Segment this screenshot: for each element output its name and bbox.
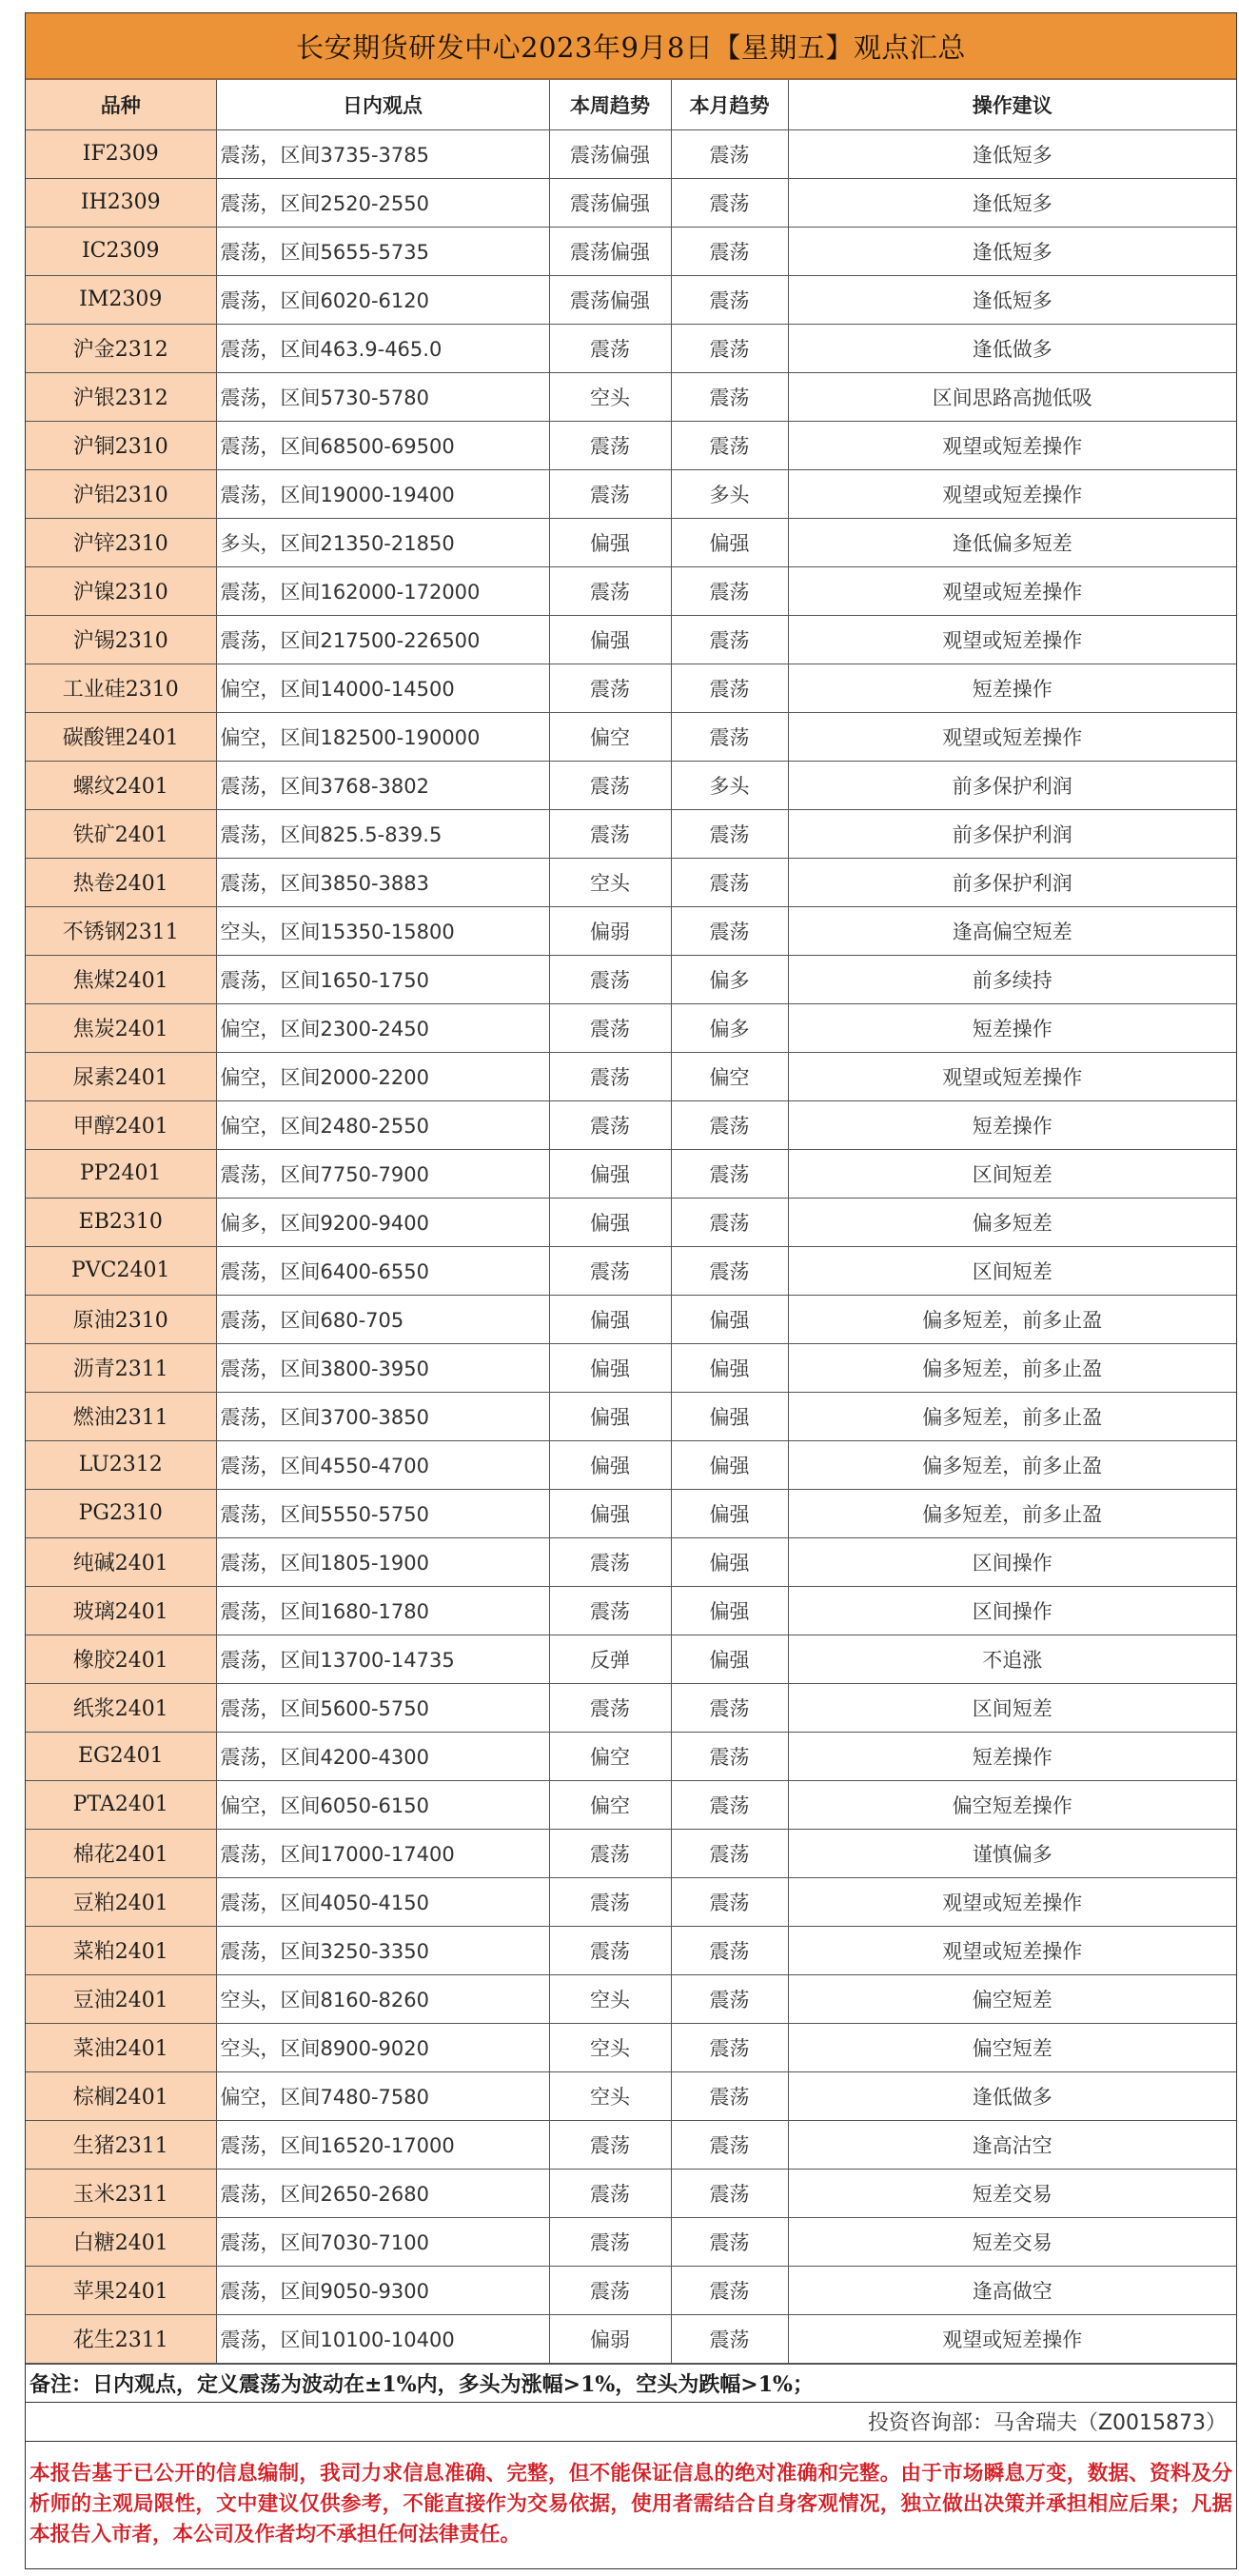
month-trend-cell: 震荡 bbox=[671, 712, 788, 761]
intraday-view-cell: 震荡，区间3768-3802 bbox=[216, 761, 549, 809]
intraday-view-cell: 震荡，区间5655-5735 bbox=[216, 227, 549, 275]
table-row: 豆粕2401震荡，区间4050-4150震荡震荡观望或短差操作 bbox=[26, 1877, 1236, 1926]
week-trend-cell: 震荡 bbox=[549, 2266, 671, 2314]
variety-cell: EG2401 bbox=[26, 1732, 216, 1780]
variety-cell: 沪镍2310 bbox=[26, 566, 216, 615]
header-advice: 操作建议 bbox=[788, 80, 1236, 129]
month-trend-cell: 震荡 bbox=[671, 1926, 788, 1974]
table-row: 生猪2311震荡，区间16520-17000震荡震荡逢高沽空 bbox=[26, 2120, 1236, 2169]
advice-cell: 观望或短差操作 bbox=[788, 421, 1236, 469]
intraday-view-cell: 震荡，区间2650-2680 bbox=[216, 2169, 549, 2217]
intraday-view-cell: 震荡，区间1805-1900 bbox=[216, 1537, 549, 1586]
variety-cell: IH2309 bbox=[26, 178, 216, 227]
intraday-view-cell: 震荡，区间4050-4150 bbox=[216, 1877, 549, 1926]
table-row: 尿素2401偏空，区间2000-2200震荡偏空观望或短差操作 bbox=[26, 1052, 1236, 1100]
variety-cell: IC2309 bbox=[26, 227, 216, 275]
week-trend-cell: 空头 bbox=[549, 858, 671, 906]
table-row: 沪锌2310多头，区间21350-21850偏强偏强逢低偏多短差 bbox=[26, 518, 1236, 566]
month-trend-cell: 偏强 bbox=[671, 1392, 788, 1440]
advice-cell: 逢低短多 bbox=[788, 178, 1236, 227]
intraday-view-cell: 震荡，区间1680-1780 bbox=[216, 1586, 549, 1635]
advice-cell: 逢低做多 bbox=[788, 324, 1236, 372]
week-trend-cell: 震荡偏强 bbox=[549, 129, 671, 178]
advice-cell: 观望或短差操作 bbox=[788, 469, 1236, 518]
week-trend-cell: 偏强 bbox=[549, 1392, 671, 1440]
advice-cell: 逢低偏多短差 bbox=[788, 518, 1236, 566]
variety-cell: PTA2401 bbox=[26, 1780, 216, 1829]
advice-cell: 逢高偏空短差 bbox=[788, 906, 1236, 955]
advice-cell: 前多保护利润 bbox=[788, 809, 1236, 858]
week-trend-cell: 震荡 bbox=[549, 1877, 671, 1926]
week-trend-cell: 震荡 bbox=[549, 955, 671, 1003]
week-trend-cell: 震荡偏强 bbox=[549, 227, 671, 275]
week-trend-cell: 震荡 bbox=[549, 2120, 671, 2169]
advice-cell: 短差操作 bbox=[788, 664, 1236, 712]
month-trend-cell: 偏强 bbox=[671, 1440, 788, 1489]
advice-cell: 观望或短差操作 bbox=[788, 1877, 1236, 1926]
month-trend-cell: 震荡 bbox=[671, 2217, 788, 2266]
advice-cell: 区间短差 bbox=[788, 1683, 1236, 1732]
advice-cell: 区间操作 bbox=[788, 1537, 1236, 1586]
month-trend-cell: 震荡 bbox=[671, 2314, 788, 2363]
week-trend-cell: 震荡 bbox=[549, 469, 671, 518]
intraday-view-cell: 震荡，区间9050-9300 bbox=[216, 2266, 549, 2314]
intraday-view-cell: 震荡，区间19000-19400 bbox=[216, 469, 549, 518]
week-trend-cell: 震荡 bbox=[549, 1537, 671, 1586]
week-trend-cell: 震荡 bbox=[549, 1586, 671, 1635]
remark-note: 备注：日内观点，定义震荡为波动在±1%内，多头为涨幅>1%，空头为跌幅>1%； bbox=[26, 2364, 1236, 2402]
variety-cell: 沥青2311 bbox=[26, 1343, 216, 1392]
month-trend-cell: 震荡 bbox=[671, 858, 788, 906]
header-intraday: 日内观点 bbox=[216, 80, 549, 129]
month-trend-cell: 偏强 bbox=[671, 1635, 788, 1683]
table-row: 甲醇2401偏空，区间2480-2550震荡震荡短差操作 bbox=[26, 1100, 1236, 1149]
table-row: 苹果2401震荡，区间9050-9300震荡震荡逢高做空 bbox=[26, 2266, 1236, 2314]
month-trend-cell: 震荡 bbox=[671, 1877, 788, 1926]
week-trend-cell: 偏强 bbox=[549, 1440, 671, 1489]
table-row: EG2401震荡，区间4200-4300偏空震荡短差操作 bbox=[26, 1732, 1236, 1780]
month-trend-cell: 偏强 bbox=[671, 1586, 788, 1635]
table-row: 不锈钢2311空头，区间15350-15800偏弱震荡逢高偏空短差 bbox=[26, 906, 1236, 955]
intraday-view-cell: 震荡，区间7030-7100 bbox=[216, 2217, 549, 2266]
intraday-view-cell: 震荡，区间6400-6550 bbox=[216, 1246, 549, 1295]
week-trend-cell: 震荡 bbox=[549, 2169, 671, 2217]
table-row: 沪镍2310震荡，区间162000-172000震荡震荡观望或短差操作 bbox=[26, 566, 1236, 615]
intraday-view-cell: 震荡，区间162000-172000 bbox=[216, 566, 549, 615]
intraday-view-cell: 偏多，区间9200-9400 bbox=[216, 1198, 549, 1246]
month-trend-cell: 偏强 bbox=[671, 1343, 788, 1392]
table-row: 纸浆2401震荡，区间5600-5750震荡震荡区间短差 bbox=[26, 1683, 1236, 1732]
week-trend-cell: 空头 bbox=[549, 372, 671, 421]
advice-cell: 短差交易 bbox=[788, 2169, 1236, 2217]
variety-cell: LU2312 bbox=[26, 1440, 216, 1489]
table-row: 花生2311震荡，区间10100-10400偏弱震荡观望或短差操作 bbox=[26, 2314, 1236, 2363]
intraday-view-cell: 偏空，区间7480-7580 bbox=[216, 2071, 549, 2120]
month-trend-cell: 偏强 bbox=[671, 1295, 788, 1343]
week-trend-cell: 震荡偏强 bbox=[549, 178, 671, 227]
table-row: 沪银2312震荡，区间5730-5780空头震荡区间思路高抛低吸 bbox=[26, 372, 1236, 421]
variety-cell: 沪银2312 bbox=[26, 372, 216, 421]
week-trend-cell: 偏强 bbox=[549, 1149, 671, 1198]
intraday-view-cell: 震荡，区间1650-1750 bbox=[216, 955, 549, 1003]
advice-cell: 短差操作 bbox=[788, 1732, 1236, 1780]
month-trend-cell: 震荡 bbox=[671, 809, 788, 858]
advice-cell: 不追涨 bbox=[788, 1635, 1236, 1683]
intraday-view-cell: 偏空，区间182500-190000 bbox=[216, 712, 549, 761]
intraday-view-cell: 震荡，区间3700-3850 bbox=[216, 1392, 549, 1440]
variety-cell: 橡胶2401 bbox=[26, 1635, 216, 1683]
variety-cell: 生猪2311 bbox=[26, 2120, 216, 2169]
month-trend-cell: 震荡 bbox=[671, 324, 788, 372]
intraday-view-cell: 偏空，区间2480-2550 bbox=[216, 1100, 549, 1149]
month-trend-cell: 震荡 bbox=[671, 2169, 788, 2217]
variety-cell: PG2310 bbox=[26, 1489, 216, 1537]
table-row: 菜粕2401震荡，区间3250-3350震荡震荡观望或短差操作 bbox=[26, 1926, 1236, 1974]
week-trend-cell: 偏强 bbox=[549, 1489, 671, 1537]
month-trend-cell: 震荡 bbox=[671, 1974, 788, 2023]
month-trend-cell: 震荡 bbox=[671, 129, 788, 178]
variety-cell: 尿素2401 bbox=[26, 1052, 216, 1100]
month-trend-cell: 震荡 bbox=[671, 1732, 788, 1780]
variety-cell: 玻璃2401 bbox=[26, 1586, 216, 1635]
week-trend-cell: 偏弱 bbox=[549, 2314, 671, 2363]
table-row: 橡胶2401震荡，区间13700-14735反弹偏强不追涨 bbox=[26, 1635, 1236, 1683]
advice-cell: 观望或短差操作 bbox=[788, 566, 1236, 615]
week-trend-cell: 偏强 bbox=[549, 1198, 671, 1246]
month-trend-cell: 震荡 bbox=[671, 178, 788, 227]
week-trend-cell: 偏空 bbox=[549, 1780, 671, 1829]
table-row: 玻璃2401震荡，区间1680-1780震荡偏强区间操作 bbox=[26, 1586, 1236, 1635]
table-row: 沪金2312震荡，区间463.9-465.0震荡震荡逢低做多 bbox=[26, 324, 1236, 372]
variety-cell: 燃油2311 bbox=[26, 1392, 216, 1440]
variety-cell: 菜粕2401 bbox=[26, 1926, 216, 1974]
intraday-view-cell: 震荡，区间4550-4700 bbox=[216, 1440, 549, 1489]
views-table: 品种 日内观点 本周趋势 本月趋势 操作建议 IF2309震荡，区间3735-3… bbox=[26, 80, 1236, 2364]
variety-cell: 碳酸锂2401 bbox=[26, 712, 216, 761]
table-row: 原油2310震荡，区间680-705偏强偏强偏多短差，前多止盈 bbox=[26, 1295, 1236, 1343]
header-variety: 品种 bbox=[26, 80, 216, 129]
table-row: 焦煤2401震荡，区间1650-1750震荡偏多前多续持 bbox=[26, 955, 1236, 1003]
variety-cell: 甲醇2401 bbox=[26, 1100, 216, 1149]
week-trend-cell: 震荡 bbox=[549, 2217, 671, 2266]
table-row: 玉米2311震荡，区间2650-2680震荡震荡短差交易 bbox=[26, 2169, 1236, 2217]
intraday-view-cell: 震荡，区间3800-3950 bbox=[216, 1343, 549, 1392]
advice-cell: 偏多短差，前多止盈 bbox=[788, 1440, 1236, 1489]
month-trend-cell: 震荡 bbox=[671, 2071, 788, 2120]
week-trend-cell: 震荡 bbox=[549, 421, 671, 469]
advice-cell: 观望或短差操作 bbox=[788, 712, 1236, 761]
variety-cell: EB2310 bbox=[26, 1198, 216, 1246]
intraday-view-cell: 震荡，区间5600-5750 bbox=[216, 1683, 549, 1732]
advice-cell: 谨慎偏多 bbox=[788, 1829, 1236, 1877]
month-trend-cell: 震荡 bbox=[671, 1100, 788, 1149]
advice-cell: 短差交易 bbox=[788, 2217, 1236, 2266]
intraday-view-cell: 震荡，区间68500-69500 bbox=[216, 421, 549, 469]
week-trend-cell: 偏强 bbox=[549, 615, 671, 664]
table-row: 纯碱2401震荡，区间1805-1900震荡偏强区间操作 bbox=[26, 1537, 1236, 1586]
table-row: 工业硅2310偏空，区间14000-14500震荡震荡短差操作 bbox=[26, 664, 1236, 712]
intraday-view-cell: 空头，区间15350-15800 bbox=[216, 906, 549, 955]
week-trend-cell: 空头 bbox=[549, 2071, 671, 2120]
table-row: 棕榈2401偏空，区间7480-7580空头震荡逢低做多 bbox=[26, 2071, 1236, 2120]
intraday-view-cell: 震荡，区间3850-3883 bbox=[216, 858, 549, 906]
week-trend-cell: 震荡 bbox=[549, 324, 671, 372]
intraday-view-cell: 空头，区间8160-8260 bbox=[216, 1974, 549, 2023]
variety-cell: 棉花2401 bbox=[26, 1829, 216, 1877]
variety-cell: IM2309 bbox=[26, 275, 216, 324]
intraday-view-cell: 震荡，区间5550-5750 bbox=[216, 1489, 549, 1537]
variety-cell: PVC2401 bbox=[26, 1246, 216, 1295]
variety-cell: 焦炭2401 bbox=[26, 1003, 216, 1052]
advice-cell: 偏多短差 bbox=[788, 1198, 1236, 1246]
variety-cell: 沪锌2310 bbox=[26, 518, 216, 566]
variety-cell: 螺纹2401 bbox=[26, 761, 216, 809]
table-row: IF2309震荡，区间3735-3785震荡偏强震荡逢低短多 bbox=[26, 129, 1236, 178]
variety-cell: 工业硅2310 bbox=[26, 664, 216, 712]
variety-cell: 沪金2312 bbox=[26, 324, 216, 372]
intraday-view-cell: 偏空，区间2000-2200 bbox=[216, 1052, 549, 1100]
table-row: 焦炭2401偏空，区间2300-2450震荡偏多短差操作 bbox=[26, 1003, 1236, 1052]
table-row: 热卷2401震荡，区间3850-3883空头震荡前多保护利润 bbox=[26, 858, 1236, 906]
advice-cell: 区间思路高抛低吸 bbox=[788, 372, 1236, 421]
week-trend-cell: 空头 bbox=[549, 2023, 671, 2071]
variety-cell: 原油2310 bbox=[26, 1295, 216, 1343]
week-trend-cell: 震荡 bbox=[549, 1052, 671, 1100]
intraday-view-cell: 震荡，区间5730-5780 bbox=[216, 372, 549, 421]
intraday-view-cell: 震荡，区间16520-17000 bbox=[216, 2120, 549, 2169]
intraday-view-cell: 震荡，区间13700-14735 bbox=[216, 1635, 549, 1683]
advice-cell: 区间短差 bbox=[788, 1246, 1236, 1295]
month-trend-cell: 震荡 bbox=[671, 421, 788, 469]
advice-cell: 逢高沽空 bbox=[788, 2120, 1236, 2169]
table-row: 铁矿2401震荡，区间825.5-839.5震荡震荡前多保护利润 bbox=[26, 809, 1236, 858]
variety-cell: 热卷2401 bbox=[26, 858, 216, 906]
week-trend-cell: 震荡 bbox=[549, 1100, 671, 1149]
month-trend-cell: 多头 bbox=[671, 761, 788, 809]
week-trend-cell: 震荡 bbox=[549, 1926, 671, 1974]
header-month-trend: 本月趋势 bbox=[671, 80, 788, 129]
month-trend-cell: 震荡 bbox=[671, 1246, 788, 1295]
intraday-view-cell: 震荡，区间4200-4300 bbox=[216, 1732, 549, 1780]
intraday-view-cell: 空头，区间8900-9020 bbox=[216, 2023, 549, 2071]
advice-cell: 逢低做多 bbox=[788, 2071, 1236, 2120]
advice-cell: 短差操作 bbox=[788, 1100, 1236, 1149]
week-trend-cell: 偏弱 bbox=[549, 906, 671, 955]
table-row: 白糖2401震荡，区间7030-7100震荡震荡短差交易 bbox=[26, 2217, 1236, 2266]
week-trend-cell: 震荡 bbox=[549, 1003, 671, 1052]
month-trend-cell: 震荡 bbox=[671, 1198, 788, 1246]
advice-cell: 逢高做空 bbox=[788, 2266, 1236, 2314]
advice-cell: 观望或短差操作 bbox=[788, 1052, 1236, 1100]
month-trend-cell: 震荡 bbox=[671, 566, 788, 615]
table-row: 沪锡2310震荡，区间217500-226500偏强震荡观望或短差操作 bbox=[26, 615, 1236, 664]
month-trend-cell: 偏强 bbox=[671, 1537, 788, 1586]
table-row: PVC2401震荡，区间6400-6550震荡震荡区间短差 bbox=[26, 1246, 1236, 1295]
week-trend-cell: 震荡 bbox=[549, 1246, 671, 1295]
advice-cell: 逢低短多 bbox=[788, 275, 1236, 324]
variety-cell: 玉米2311 bbox=[26, 2169, 216, 2217]
variety-cell: 苹果2401 bbox=[26, 2266, 216, 2314]
advice-cell: 逢低短多 bbox=[788, 227, 1236, 275]
advice-cell: 区间短差 bbox=[788, 1149, 1236, 1198]
week-trend-cell: 震荡偏强 bbox=[549, 275, 671, 324]
advice-cell: 偏多短差，前多止盈 bbox=[788, 1295, 1236, 1343]
month-trend-cell: 偏强 bbox=[671, 1489, 788, 1537]
intraday-view-cell: 震荡，区间217500-226500 bbox=[216, 615, 549, 664]
table-row: IH2309震荡，区间2520-2550震荡偏强震荡逢低短多 bbox=[26, 178, 1236, 227]
report-sheet: 长安期货研发中心2023年9月8日【星期五】观点汇总 品种 日内观点 本周趋势 … bbox=[25, 12, 1237, 2569]
week-trend-cell: 偏空 bbox=[549, 1732, 671, 1780]
intraday-view-cell: 震荡，区间2520-2550 bbox=[216, 178, 549, 227]
variety-cell: 菜油2401 bbox=[26, 2023, 216, 2071]
month-trend-cell: 震荡 bbox=[671, 1683, 788, 1732]
table-row: 沪铝2310震荡，区间19000-19400震荡多头观望或短差操作 bbox=[26, 469, 1236, 518]
advice-cell: 短差操作 bbox=[788, 1003, 1236, 1052]
week-trend-cell: 偏强 bbox=[549, 1295, 671, 1343]
table-row: 螺纹2401震荡，区间3768-3802震荡多头前多保护利润 bbox=[26, 761, 1236, 809]
intraday-view-cell: 偏空，区间14000-14500 bbox=[216, 664, 549, 712]
variety-cell: 沪铝2310 bbox=[26, 469, 216, 518]
week-trend-cell: 震荡 bbox=[549, 566, 671, 615]
intraday-view-cell: 震荡，区间3250-3350 bbox=[216, 1926, 549, 1974]
advice-cell: 偏多短差，前多止盈 bbox=[788, 1392, 1236, 1440]
week-trend-cell: 偏强 bbox=[549, 1343, 671, 1392]
intraday-view-cell: 震荡，区间6020-6120 bbox=[216, 275, 549, 324]
month-trend-cell: 偏多 bbox=[671, 955, 788, 1003]
week-trend-cell: 震荡 bbox=[549, 1683, 671, 1732]
month-trend-cell: 震荡 bbox=[671, 1780, 788, 1829]
table-row: IC2309震荡，区间5655-5735震荡偏强震荡逢低短多 bbox=[26, 227, 1236, 275]
advice-cell: 逢低短多 bbox=[788, 129, 1236, 178]
variety-cell: 白糖2401 bbox=[26, 2217, 216, 2266]
variety-cell: PP2401 bbox=[26, 1149, 216, 1198]
month-trend-cell: 偏多 bbox=[671, 1003, 788, 1052]
variety-cell: 铁矿2401 bbox=[26, 809, 216, 858]
table-row: PTA2401偏空，区间6050-6150偏空震荡偏空短差操作 bbox=[26, 1780, 1236, 1829]
month-trend-cell: 震荡 bbox=[671, 2120, 788, 2169]
advice-cell: 前多续持 bbox=[788, 955, 1236, 1003]
advice-cell: 观望或短差操作 bbox=[788, 2314, 1236, 2363]
intraday-view-cell: 偏空，区间2300-2450 bbox=[216, 1003, 549, 1052]
variety-cell: 不锈钢2311 bbox=[26, 906, 216, 955]
month-trend-cell: 震荡 bbox=[671, 2266, 788, 2314]
advice-cell: 偏空短差 bbox=[788, 1974, 1236, 2023]
intraday-view-cell: 多头，区间21350-21850 bbox=[216, 518, 549, 566]
week-trend-cell: 偏空 bbox=[549, 712, 671, 761]
advice-cell: 观望或短差操作 bbox=[788, 615, 1236, 664]
month-trend-cell: 震荡 bbox=[671, 664, 788, 712]
month-trend-cell: 震荡 bbox=[671, 275, 788, 324]
week-trend-cell: 反弹 bbox=[549, 1635, 671, 1683]
header-week-trend: 本周趋势 bbox=[549, 80, 671, 129]
advisor-credit: 投资咨询部：马舍瑞夫（Z0015873） bbox=[26, 2402, 1236, 2441]
month-trend-cell: 震荡 bbox=[671, 372, 788, 421]
table-row: PP2401震荡，区间7750-7900偏强震荡区间短差 bbox=[26, 1149, 1236, 1198]
week-trend-cell: 震荡 bbox=[549, 664, 671, 712]
week-trend-cell: 震荡 bbox=[549, 761, 671, 809]
month-trend-cell: 偏强 bbox=[671, 518, 788, 566]
table-row: EB2310偏多，区间9200-9400偏强震荡偏多短差 bbox=[26, 1198, 1236, 1246]
table-row: IM2309震荡，区间6020-6120震荡偏强震荡逢低短多 bbox=[26, 275, 1236, 324]
advice-cell: 前多保护利润 bbox=[788, 761, 1236, 809]
variety-cell: 沪锡2310 bbox=[26, 615, 216, 664]
month-trend-cell: 震荡 bbox=[671, 615, 788, 664]
week-trend-cell: 震荡 bbox=[549, 1829, 671, 1877]
week-trend-cell: 空头 bbox=[549, 1974, 671, 2023]
advice-cell: 偏多短差，前多止盈 bbox=[788, 1343, 1236, 1392]
advice-cell: 观望或短差操作 bbox=[788, 1926, 1236, 1974]
month-trend-cell: 震荡 bbox=[671, 2023, 788, 2071]
advice-cell: 偏多短差，前多止盈 bbox=[788, 1489, 1236, 1537]
intraday-view-cell: 偏空，区间6050-6150 bbox=[216, 1780, 549, 1829]
month-trend-cell: 偏空 bbox=[671, 1052, 788, 1100]
variety-cell: 棕榈2401 bbox=[26, 2071, 216, 2120]
table-row: 菜油2401空头，区间8900-9020空头震荡偏空短差 bbox=[26, 2023, 1236, 2071]
variety-cell: 焦煤2401 bbox=[26, 955, 216, 1003]
intraday-view-cell: 震荡，区间680-705 bbox=[216, 1295, 549, 1343]
table-row: 棉花2401震荡，区间17000-17400震荡震荡谨慎偏多 bbox=[26, 1829, 1236, 1877]
table-row: 沥青2311震荡，区间3800-3950偏强偏强偏多短差，前多止盈 bbox=[26, 1343, 1236, 1392]
week-trend-cell: 震荡 bbox=[549, 809, 671, 858]
disclaimer-text: 本报告基于已公开的信息编制，我司力求信息准确、完整，但不能保证信息的绝对准确和完… bbox=[26, 2441, 1236, 2568]
advice-cell: 偏空短差操作 bbox=[788, 1780, 1236, 1829]
intraday-view-cell: 震荡，区间463.9-465.0 bbox=[216, 324, 549, 372]
advice-cell: 区间操作 bbox=[788, 1586, 1236, 1635]
variety-cell: 豆粕2401 bbox=[26, 1877, 216, 1926]
variety-cell: 豆油2401 bbox=[26, 1974, 216, 2023]
table-row: PG2310震荡，区间5550-5750偏强偏强偏多短差，前多止盈 bbox=[26, 1489, 1236, 1537]
table-row: 碳酸锂2401偏空，区间182500-190000偏空震荡观望或短差操作 bbox=[26, 712, 1236, 761]
advice-cell: 前多保护利润 bbox=[788, 858, 1236, 906]
month-trend-cell: 震荡 bbox=[671, 1829, 788, 1877]
intraday-view-cell: 震荡，区间3735-3785 bbox=[216, 129, 549, 178]
table-row: 沪铜2310震荡，区间68500-69500震荡震荡观望或短差操作 bbox=[26, 421, 1236, 469]
report-title: 长安期货研发中心2023年9月8日【星期五】观点汇总 bbox=[26, 13, 1236, 80]
intraday-view-cell: 震荡，区间7750-7900 bbox=[216, 1149, 549, 1198]
month-trend-cell: 震荡 bbox=[671, 1149, 788, 1198]
variety-cell: 纸浆2401 bbox=[26, 1683, 216, 1732]
month-trend-cell: 震荡 bbox=[671, 227, 788, 275]
advice-cell: 偏空短差 bbox=[788, 2023, 1236, 2071]
intraday-view-cell: 震荡，区间10100-10400 bbox=[216, 2314, 549, 2363]
table-row: 豆油2401空头，区间8160-8260空头震荡偏空短差 bbox=[26, 1974, 1236, 2023]
month-trend-cell: 震荡 bbox=[671, 906, 788, 955]
table-header-row: 品种 日内观点 本周趋势 本月趋势 操作建议 bbox=[26, 80, 1236, 129]
table-row: LU2312震荡，区间4550-4700偏强偏强偏多短差，前多止盈 bbox=[26, 1440, 1236, 1489]
variety-cell: 花生2311 bbox=[26, 2314, 216, 2363]
month-trend-cell: 多头 bbox=[671, 469, 788, 518]
week-trend-cell: 偏强 bbox=[549, 518, 671, 566]
intraday-view-cell: 震荡，区间825.5-839.5 bbox=[216, 809, 549, 858]
variety-cell: 纯碱2401 bbox=[26, 1537, 216, 1586]
variety-cell: IF2309 bbox=[26, 129, 216, 178]
intraday-view-cell: 震荡，区间17000-17400 bbox=[216, 1829, 549, 1877]
table-body: IF2309震荡，区间3735-3785震荡偏强震荡逢低短多IH2309震荡，区… bbox=[26, 129, 1236, 2363]
table-row: 燃油2311震荡，区间3700-3850偏强偏强偏多短差，前多止盈 bbox=[26, 1392, 1236, 1440]
variety-cell: 沪铜2310 bbox=[26, 421, 216, 469]
